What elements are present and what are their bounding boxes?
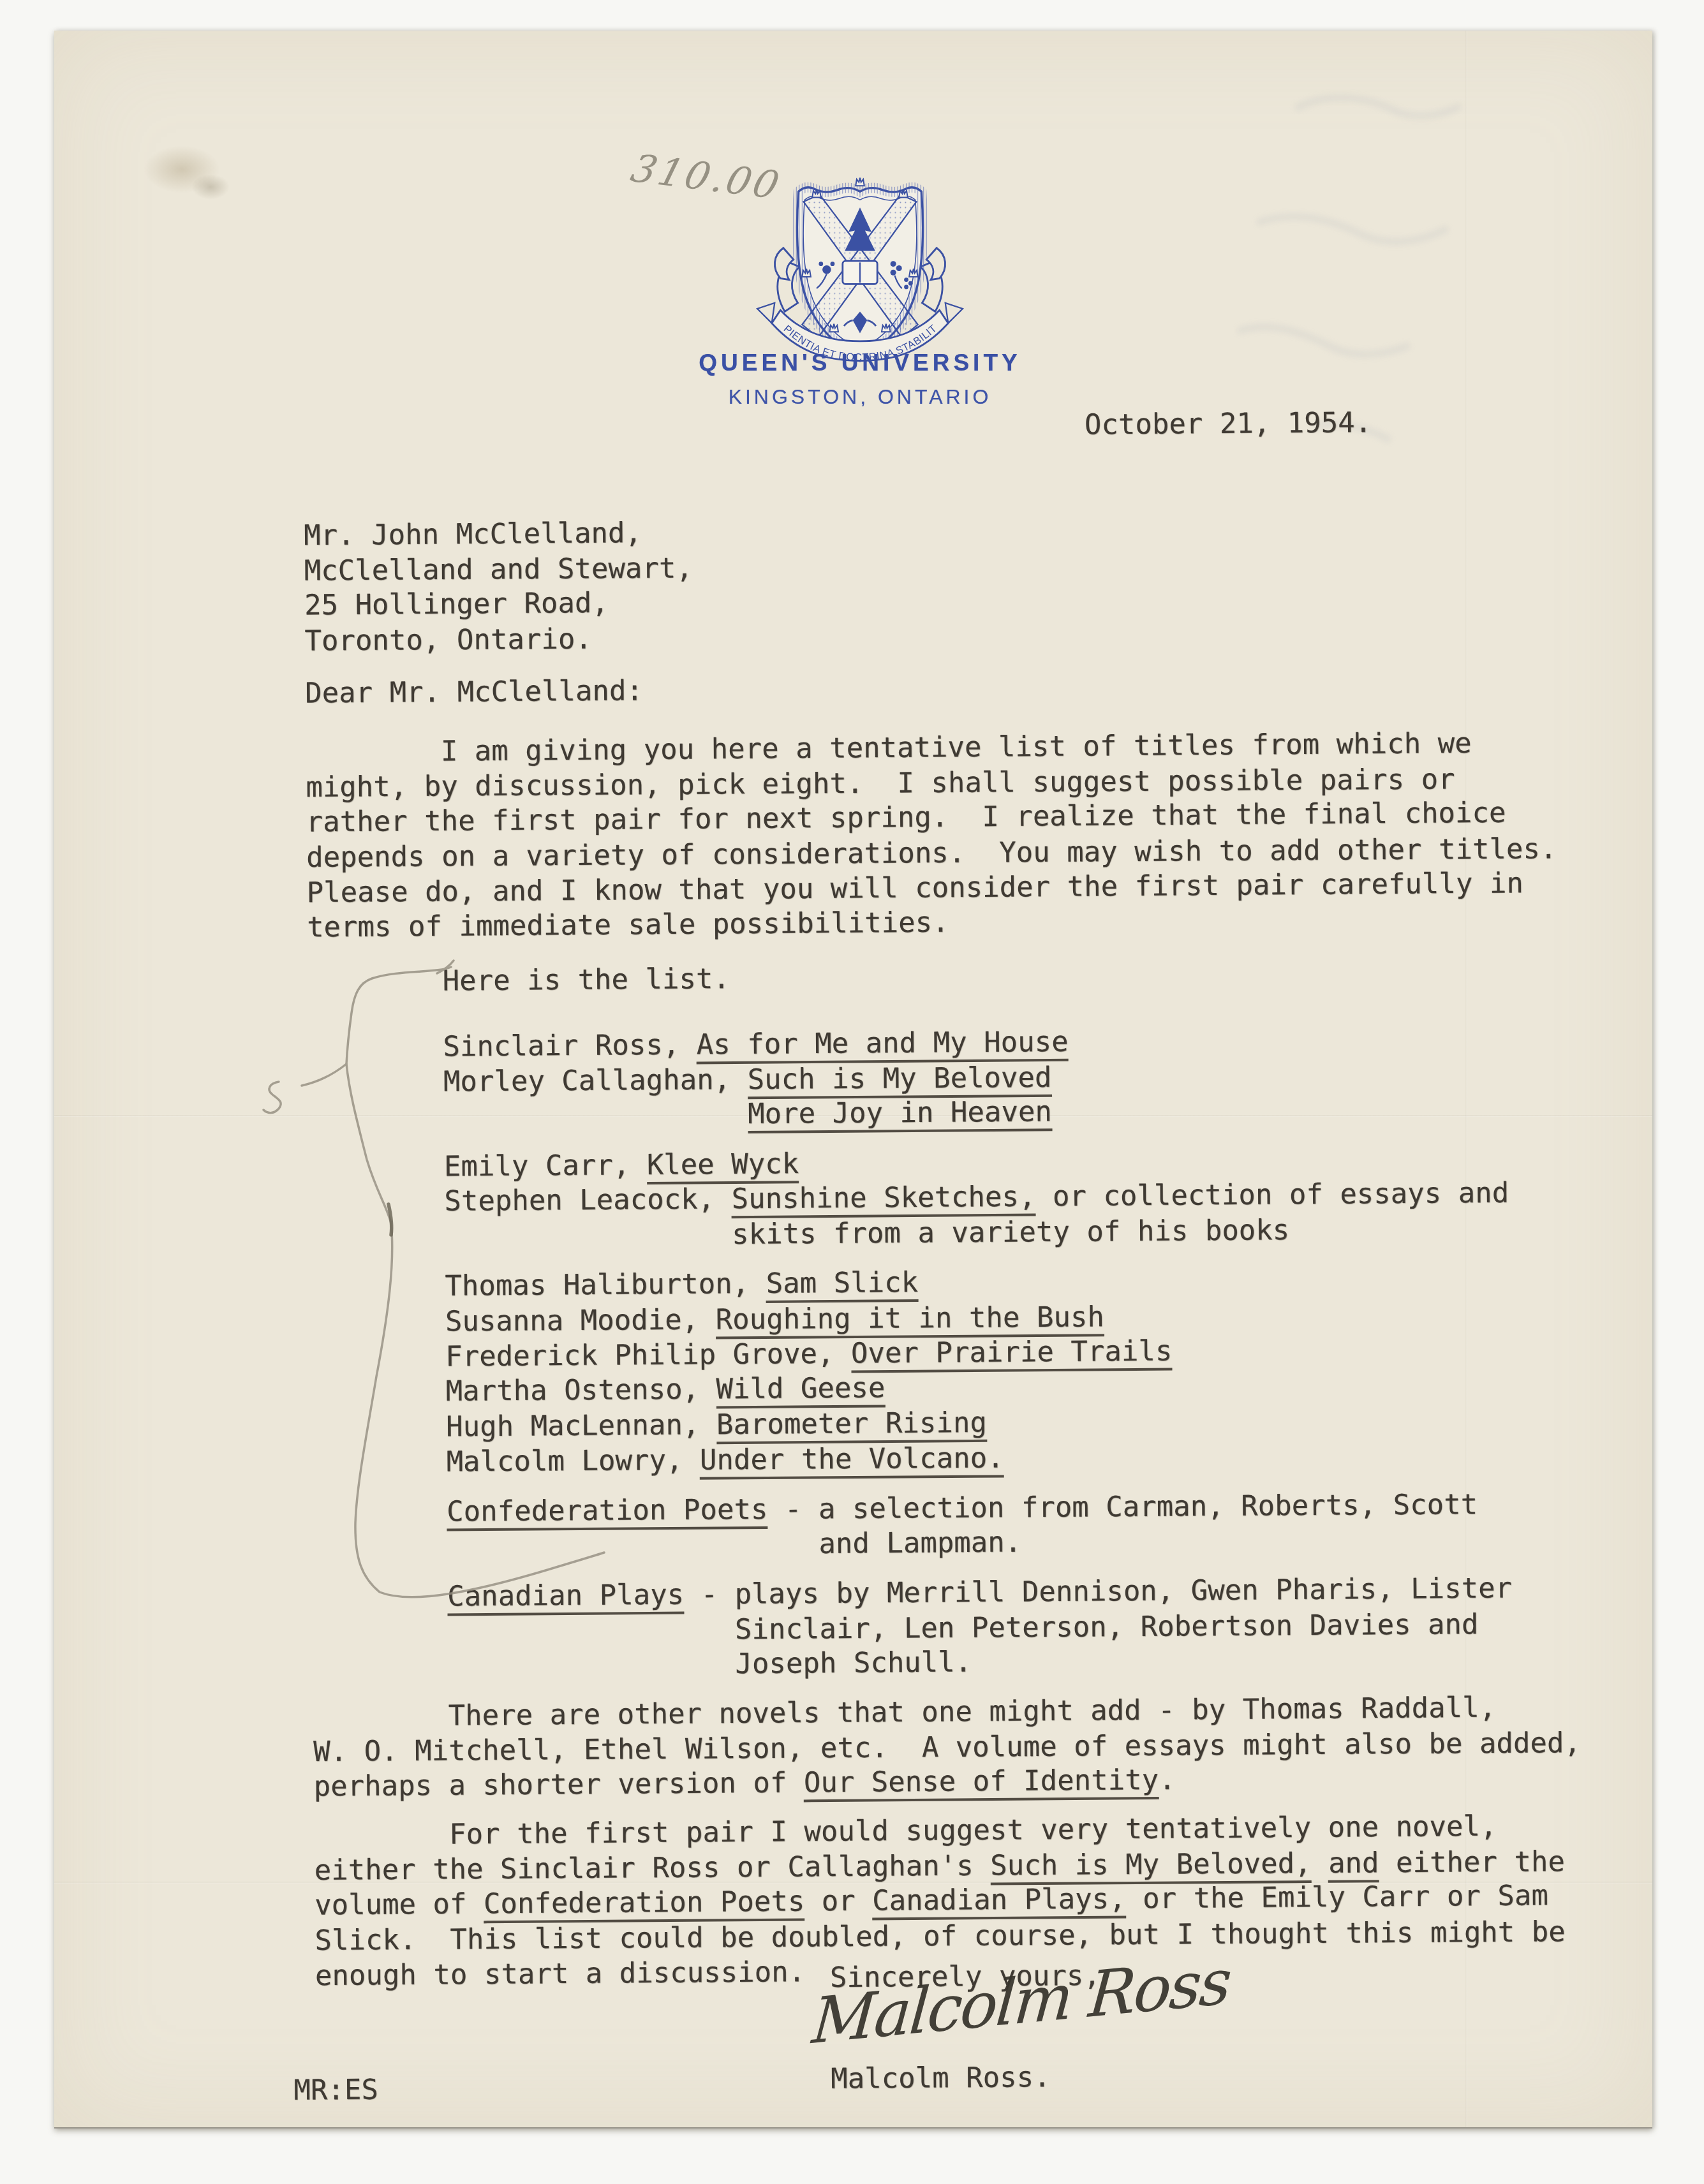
recipient-line: Toronto, Ontario. <box>304 621 693 658</box>
typed-signature-name: Malcolm Ross. <box>831 2060 1051 2097</box>
book-list: Sinclair Ross, As for Me and My House Mo… <box>307 1021 1513 1685</box>
reference-initials: MR:ES <box>293 2072 378 2108</box>
paragraph-2: There are other novels that one might ad… <box>313 1690 1582 1805</box>
paragraph-1: I am giving you here a tentative list of… <box>306 725 1558 945</box>
salutation: Dear Mr. McClelland: <box>305 673 643 711</box>
letter-date: October 21, 1954. <box>1085 405 1372 443</box>
recipient-line: McClelland and Stewart, <box>304 550 693 588</box>
typed-content: October 21, 1954. Mr. John McClelland, M… <box>51 20 1666 2130</box>
recipient-line: Mr. John McClelland, <box>304 515 693 553</box>
recipient-address: Mr. John McClelland, McClelland and Stew… <box>304 515 693 658</box>
list-intro: Here is the list. <box>307 961 730 1000</box>
scanned-letter-page: SAPIENTIA ET DOCTRINA STABILITAS QUEEN'S… <box>0 0 1704 2184</box>
letter-paper: SAPIENTIA ET DOCTRINA STABILITAS QUEEN'S… <box>54 31 1652 2129</box>
typed-line: Here is the list. <box>307 961 730 1000</box>
recipient-line: 25 Hollinger Road, <box>304 585 693 623</box>
